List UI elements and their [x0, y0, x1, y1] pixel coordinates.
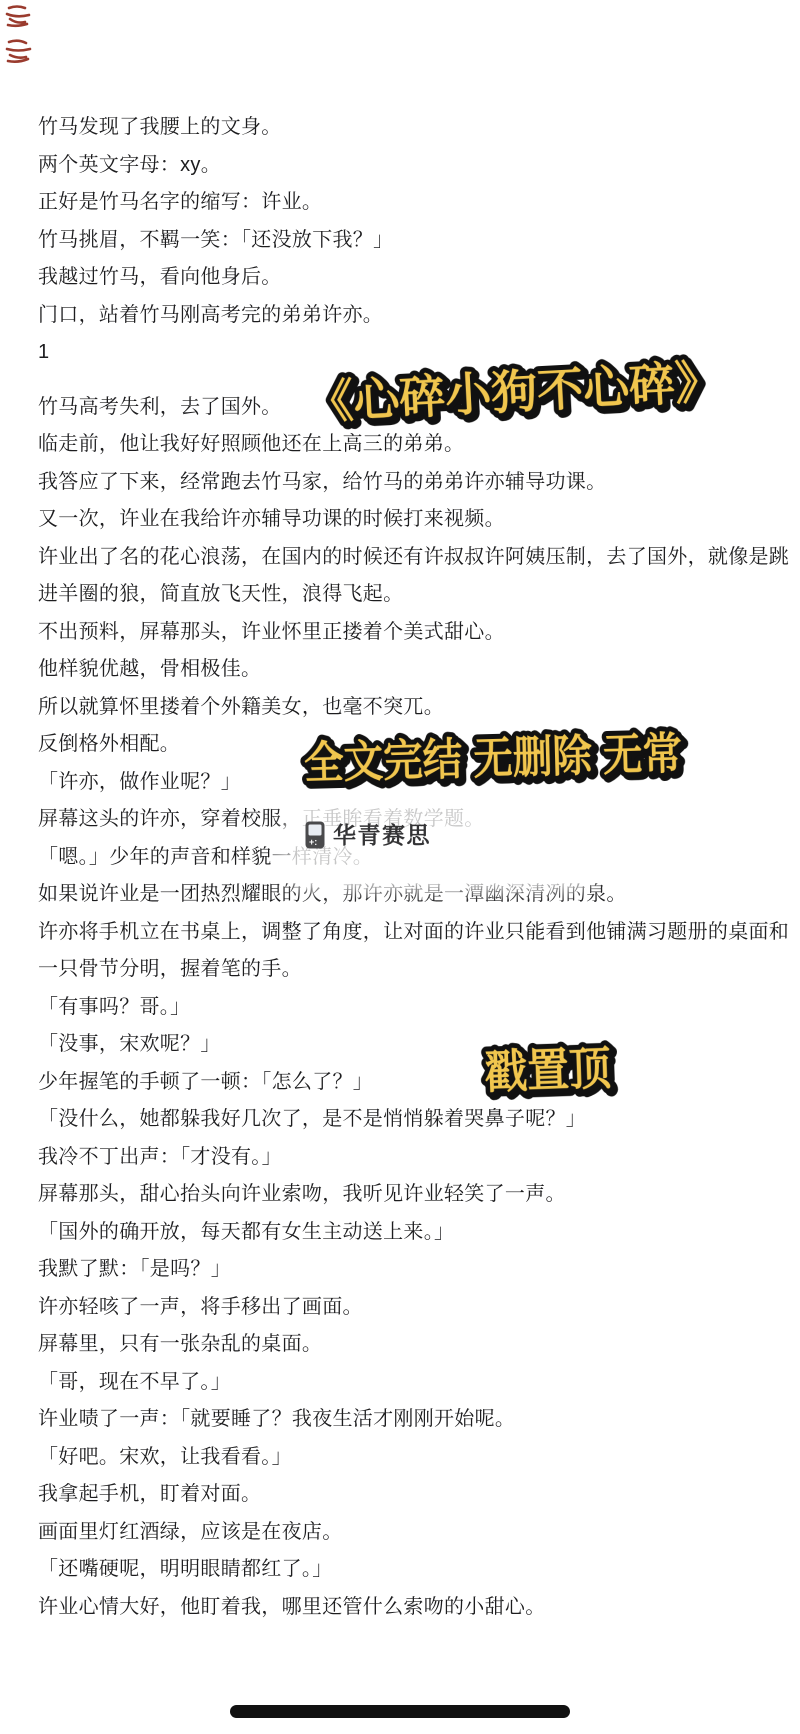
- story-line: 屏幕里，只有一张杂乱的桌面。: [38, 1326, 780, 1364]
- story-line: 他样貌优越，骨相极佳。: [38, 651, 780, 689]
- story-line: 「有事吗？哥。」: [38, 989, 780, 1027]
- story-line: 许业心情大好，他盯着我，哪里还管什么索吻的小甜心。: [38, 1589, 780, 1627]
- story-line: 「哥，现在不早了。」: [38, 1364, 780, 1402]
- story-line: 「好吧。宋欢，让我看看。」: [38, 1439, 780, 1477]
- watermark-label: 华青赛思: [333, 820, 431, 850]
- status-sticker: 全文完结 无删除 无常: [286, 710, 700, 802]
- handheld-device-icon: +:: [304, 820, 326, 850]
- story-line: 屏幕那头，甜心抬头向许业索吻，我听见许业轻笑了一声。: [38, 1176, 780, 1214]
- novel-page: { "page": { "background": "#ffffff", "te…: [0, 0, 800, 1734]
- story-line: 「国外的确开放，每天都有女生主动送上来。」: [38, 1214, 780, 1252]
- story-line: 正好是竹马名字的缩写：许业。: [38, 184, 780, 222]
- story-line: 竹马发现了我腰上的文身。: [38, 109, 780, 147]
- story-line: 画面里灯红酒绿，应该是在夜店。: [38, 1514, 780, 1552]
- story-line: 「没事，宋欢呢？」: [38, 1026, 780, 1064]
- story-line: 门口，站着竹马刚高考完的弟弟许亦。: [38, 297, 780, 335]
- watermark: +: 华青赛思: [304, 820, 431, 850]
- corner-scribble-icon: [3, 2, 37, 74]
- story-line: 竹马挑眉，不羁一笑：「还没放下我？」: [38, 222, 780, 260]
- story-line: 我默了默：「是吗？」: [38, 1251, 780, 1289]
- story-line: 我拿起手机，盯着对面。: [38, 1476, 780, 1514]
- story-line: 许业啧了一声：「就要睡了？我夜生活才刚刚开始呢。: [38, 1401, 780, 1439]
- story-line: 我冷不丁出声：「才没有。」: [38, 1139, 780, 1177]
- story-line: 许业出了名的花心浪荡，在国内的时候还有许叔叔许阿姨压制，去了国外，就像是跳: [38, 539, 780, 577]
- svg-text:戳置顶: 戳置顶: [483, 1042, 613, 1098]
- pin-sticker: 戳置顶: [460, 1026, 636, 1110]
- story-line: 我越过竹马，看向他身后。: [38, 259, 780, 297]
- title-sticker: 《心碎小狗不心碎》: [288, 338, 740, 438]
- story-line: 一只骨节分明，握着笔的手。: [38, 951, 780, 989]
- svg-text:+:: +:: [309, 837, 317, 847]
- svg-text:全文完结 无删除 无常: 全文完结 无删除 无常: [303, 729, 682, 788]
- story-line: 两个英文字母：xy。: [38, 147, 780, 185]
- story-line: 许亦将手机立在书桌上，调整了角度，让对面的许业只能看到他铺满习题册的桌面和: [38, 914, 780, 952]
- story-line: 许亦轻咳了一声，将手移出了画面。: [38, 1289, 780, 1327]
- story-line: 不出预料，屏幕那头，许业怀里正搂着个美式甜心。: [38, 614, 780, 652]
- svg-text:《心碎小狗不心碎》: 《心碎小狗不心碎》: [306, 355, 722, 429]
- story-line: 我答应了下来，经常跑去竹马家，给竹马的弟弟许亦辅导功课。: [38, 464, 780, 502]
- story-line: 进羊圈的狼，简直放飞天性，浪得飞起。: [38, 576, 780, 614]
- story-line: 「没什么，她都躲我好几次了，是不是悄悄躲着哭鼻子呢？」: [38, 1101, 780, 1139]
- story-line: 又一次，许业在我给许亦辅导功课的时候打来视频。: [38, 501, 780, 539]
- story-line: 「还嘴硬呢，明明眼睛都红了。」: [38, 1551, 780, 1589]
- story-line: 少年握笔的手顿了一顿：「怎么了？」: [38, 1064, 780, 1102]
- home-indicator[interactable]: [230, 1705, 570, 1718]
